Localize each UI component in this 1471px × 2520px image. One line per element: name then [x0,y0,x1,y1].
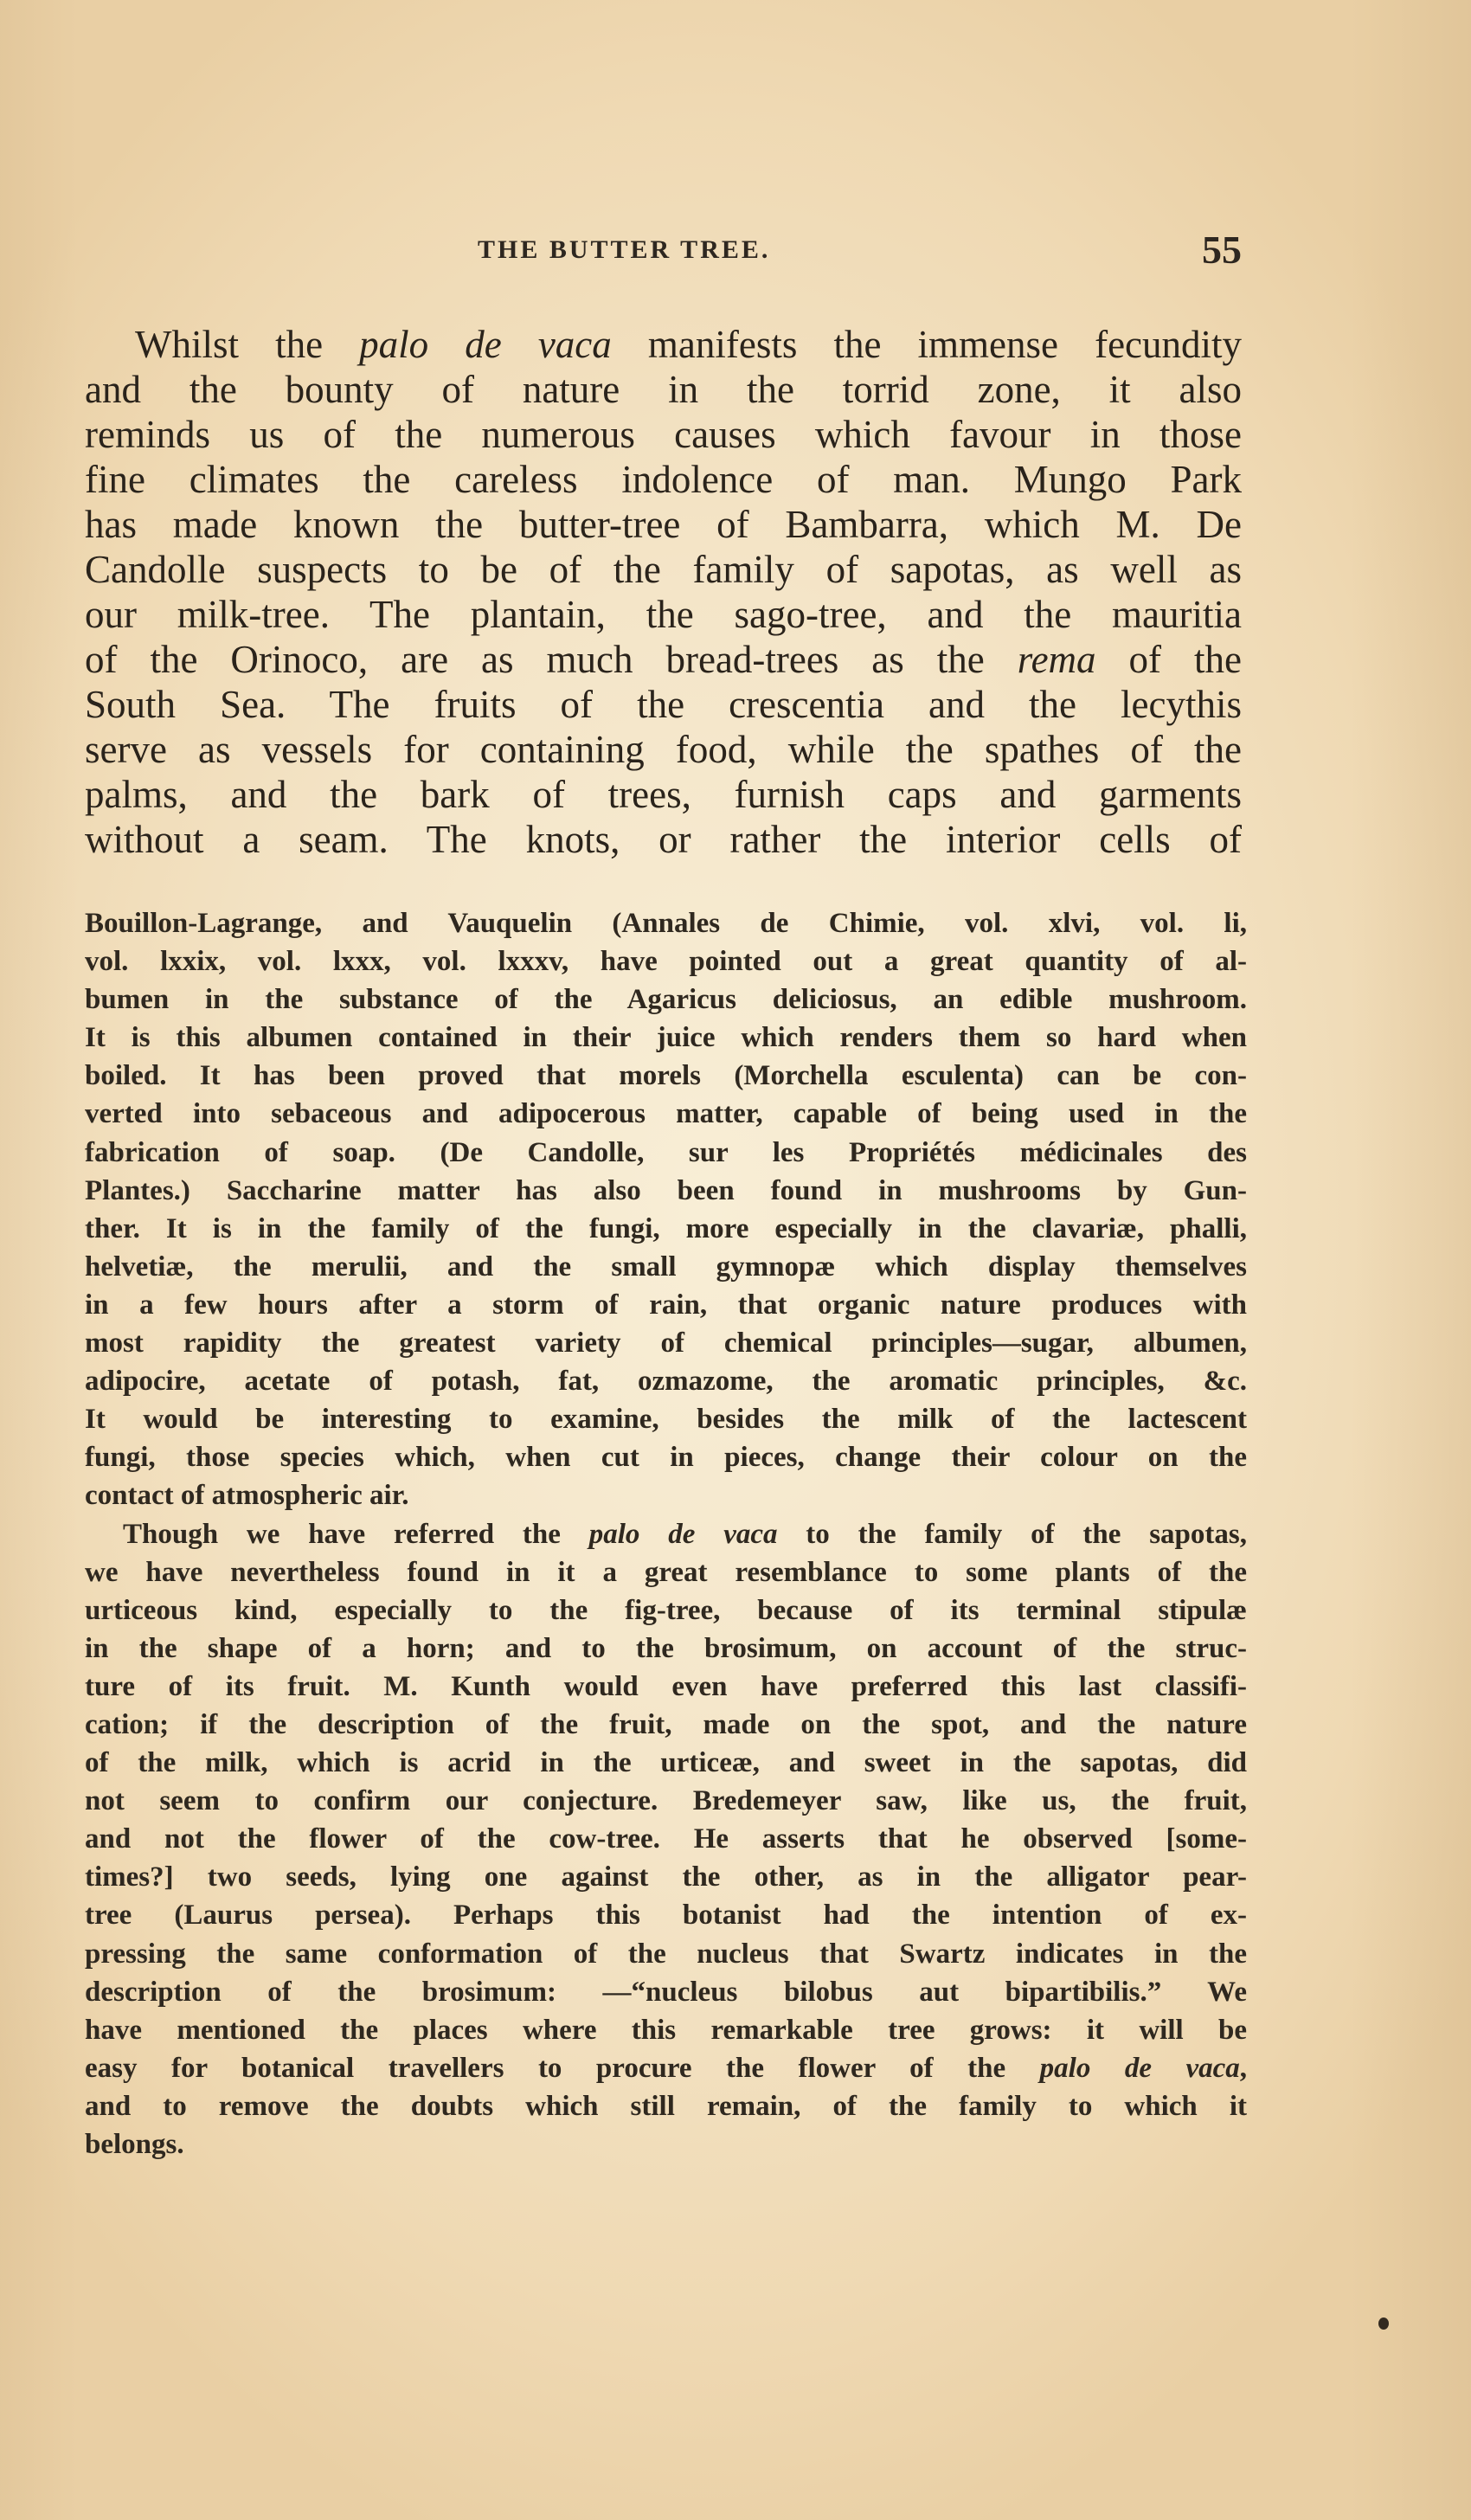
footnote-line: belongs. [85,2125,1247,2163]
text-run: It is this albumen contained in their ju… [85,1022,1247,1053]
footnote-line: not seem to confirm our conjecture. Bred… [85,1782,1247,1820]
text-run: our milk-tree. The plantain, the sago-tr… [85,593,1242,636]
body-text-line: Candolle suspects to be of the family of… [85,547,1242,592]
footnote-line: boiled. It has been proved that morels (… [85,1057,1247,1095]
body-text-line: Whilst the palo de vaca manifests the im… [85,322,1242,367]
footnote-line: ture of its fruit. M. Kunth would even h… [85,1668,1247,1706]
text-run: contact of atmospheric air. [85,1480,409,1511]
ink-spot-mark [1378,2317,1389,2330]
text-run: Though we have referred the [123,1519,589,1550]
footnote-line: adipocire, acetate of potash, fat, ozmaz… [85,1362,1247,1400]
footnote-line: easy for botanical travellers to procure… [85,2049,1247,2087]
text-run: Whilst the [135,323,359,366]
footnote-line: bumen in the substance of the Agaricus d… [85,980,1247,1019]
footnote-line: in a few hours after a storm of rain, th… [85,1286,1247,1324]
footnote-block: Bouillon-Lagrange, and Vauquelin (Annale… [85,904,1247,2163]
text-run: manifests the immense fecundity [612,323,1242,366]
text-run: most rapidity the greatest variety of ch… [85,1327,1247,1359]
text-run: we have nevertheless found in it a great… [85,1557,1247,1588]
footnote-line: Bouillon-Lagrange, and Vauquelin (Annale… [85,904,1247,942]
footnote-line: urticeous kind, especially to the fig-tr… [85,1591,1247,1630]
text-run: , [1240,2053,1247,2084]
footnote-line: cation; if the description of the fruit,… [85,1706,1247,1744]
footnote-line: vol. lxxix, vol. lxxx, vol. lxxxv, have … [85,942,1247,980]
book-page: THE BUTTER TREE. 55 Whilst the palo de v… [0,0,1471,2520]
footnote-line: It is this albumen contained in their ju… [85,1019,1247,1057]
footnote-line: Plantes.) Saccharine matter has also bee… [85,1172,1247,1210]
text-run: serve as vessels for containing food, wh… [85,728,1242,771]
text-run: helvetiæ, the merulii, and the small gym… [85,1251,1247,1282]
italic-term: rema [1018,638,1096,681]
page-edge-shading-right [1350,0,1471,2520]
italic-term: palo de vaca [1040,2053,1240,2084]
footnote-line: of the milk, which is acrid in the urtic… [85,1744,1247,1782]
text-run: have mentioned the places where this rem… [85,2015,1247,2046]
text-run: of the [1096,638,1242,681]
text-run: South Sea. The fruits of the crescentia … [85,683,1242,726]
footnote-line: fabrication of soap. (De Candolle, sur l… [85,1134,1247,1172]
text-run: urticeous kind, especially to the fig-tr… [85,1595,1247,1626]
body-text-line: South Sea. The fruits of the crescentia … [85,682,1242,727]
text-run: in a few hours after a storm of rain, th… [85,1289,1247,1321]
text-run: reminds us of the numerous causes which … [85,413,1242,456]
footnote-line: and to remove the doubts which still rem… [85,2087,1247,2125]
page-edge-shading-left [0,0,78,2520]
text-run: Candolle suspects to be of the family of… [85,548,1242,591]
text-run: not seem to confirm our conjecture. Bred… [85,1785,1247,1816]
body-text-line: fine climates the careless indolence of … [85,457,1242,502]
body-text-line: serve as vessels for containing food, wh… [85,727,1242,772]
footnote-line: tree (Laurus persea). Perhaps this botan… [85,1896,1247,1934]
body-text-line: palms, and the bark of trees, furnish ca… [85,772,1242,817]
running-head: THE BUTTER TREE. 55 [87,232,1242,275]
text-run: belongs. [85,2129,184,2160]
text-run: Bouillon-Lagrange, and Vauquelin (Annale… [85,908,1247,939]
page-number: 55 [1202,227,1242,273]
text-run: description of the brosimum: —“nucleus b… [85,1977,1247,2008]
text-run: vol. lxxix, vol. lxxx, vol. lxxxv, have … [85,946,1247,977]
text-run: fabrication of soap. (De Candolle, sur l… [85,1137,1247,1168]
text-run: adipocire, acetate of potash, fat, ozmaz… [85,1366,1247,1397]
text-run: easy for botanical travellers to procure… [85,2053,1040,2084]
footnote-line: have mentioned the places where this rem… [85,2011,1247,2049]
footnote-line: It would be interesting to examine, besi… [85,1400,1247,1438]
footnote-line: Though we have referred the palo de vaca… [85,1515,1247,1553]
text-run: bumen in the substance of the Agaricus d… [85,984,1247,1015]
body-text-line: of the Orinoco, are as much bread-trees … [85,637,1242,682]
footnote-line: verted into sebaceous and adipocerous ma… [85,1095,1247,1133]
text-run: ture of its fruit. M. Kunth would even h… [85,1671,1247,1702]
footnote-line: we have nevertheless found in it a great… [85,1553,1247,1591]
text-run: and not the flower of the cow-tree. He a… [85,1823,1247,1855]
footnote-line: ther. It is in the family of the fungi, … [85,1210,1247,1248]
text-run: without a seam. The knots, or rather the… [85,818,1242,861]
text-run: and to remove the doubts which still rem… [85,2091,1247,2122]
footnote-line: contact of atmospheric air. [85,1476,1247,1514]
footnote-line: times?] two seeds, lying one against the… [85,1858,1247,1896]
text-run: tree (Laurus persea). Perhaps this botan… [85,1900,1247,1931]
main-body-text: Whilst the palo de vaca manifests the im… [85,322,1242,862]
text-run: times?] two seeds, lying one against the… [85,1861,1247,1893]
text-run: in the shape of a horn; and to the brosi… [85,1633,1247,1664]
footnote-line: most rapidity the greatest variety of ch… [85,1324,1247,1362]
footnote-line: fungi, those species which, when cut in … [85,1438,1247,1476]
text-run: fine climates the careless indolence of … [85,458,1242,501]
footnote-line: helvetiæ, the merulii, and the small gym… [85,1248,1247,1286]
italic-term: palo de vaca [359,323,612,366]
text-run: pressing the same conformation of the nu… [85,1938,1247,1970]
text-run: has made known the butter-tree of Bambar… [85,503,1242,546]
text-run: fungi, those species which, when cut in … [85,1442,1247,1473]
body-text-line: without a seam. The knots, or rather the… [85,817,1242,862]
body-text-line: our milk-tree. The plantain, the sago-tr… [85,592,1242,637]
text-run: and the bounty of nature in the torrid z… [85,368,1242,411]
text-run: ther. It is in the family of the fungi, … [85,1213,1247,1244]
italic-term: palo de vaca [589,1519,778,1550]
text-run: boiled. It has been proved that morels (… [85,1060,1247,1091]
running-title: THE BUTTER TREE. [478,235,770,265]
text-run: It would be interesting to examine, besi… [85,1404,1247,1435]
body-text-line: reminds us of the numerous causes which … [85,412,1242,457]
footnote-line: pressing the same conformation of the nu… [85,1935,1247,1973]
text-run: Plantes.) Saccharine matter has also bee… [85,1175,1247,1206]
footnote-line: and not the flower of the cow-tree. He a… [85,1820,1247,1858]
body-text-line: has made known the butter-tree of Bambar… [85,502,1242,547]
text-run: cation; if the description of the fruit,… [85,1709,1247,1740]
footnote-line: description of the brosimum: —“nucleus b… [85,1973,1247,2011]
text-run: verted into sebaceous and adipocerous ma… [85,1098,1247,1129]
footnote-line: in the shape of a horn; and to the brosi… [85,1630,1247,1668]
text-run: to the family of the sapotas, [777,1519,1247,1550]
text-run: of the milk, which is acrid in the urtic… [85,1747,1247,1778]
body-text-line: and the bounty of nature in the torrid z… [85,367,1242,412]
text-run: of the Orinoco, are as much bread-trees … [85,638,1018,681]
text-run: palms, and the bark of trees, furnish ca… [85,773,1242,816]
